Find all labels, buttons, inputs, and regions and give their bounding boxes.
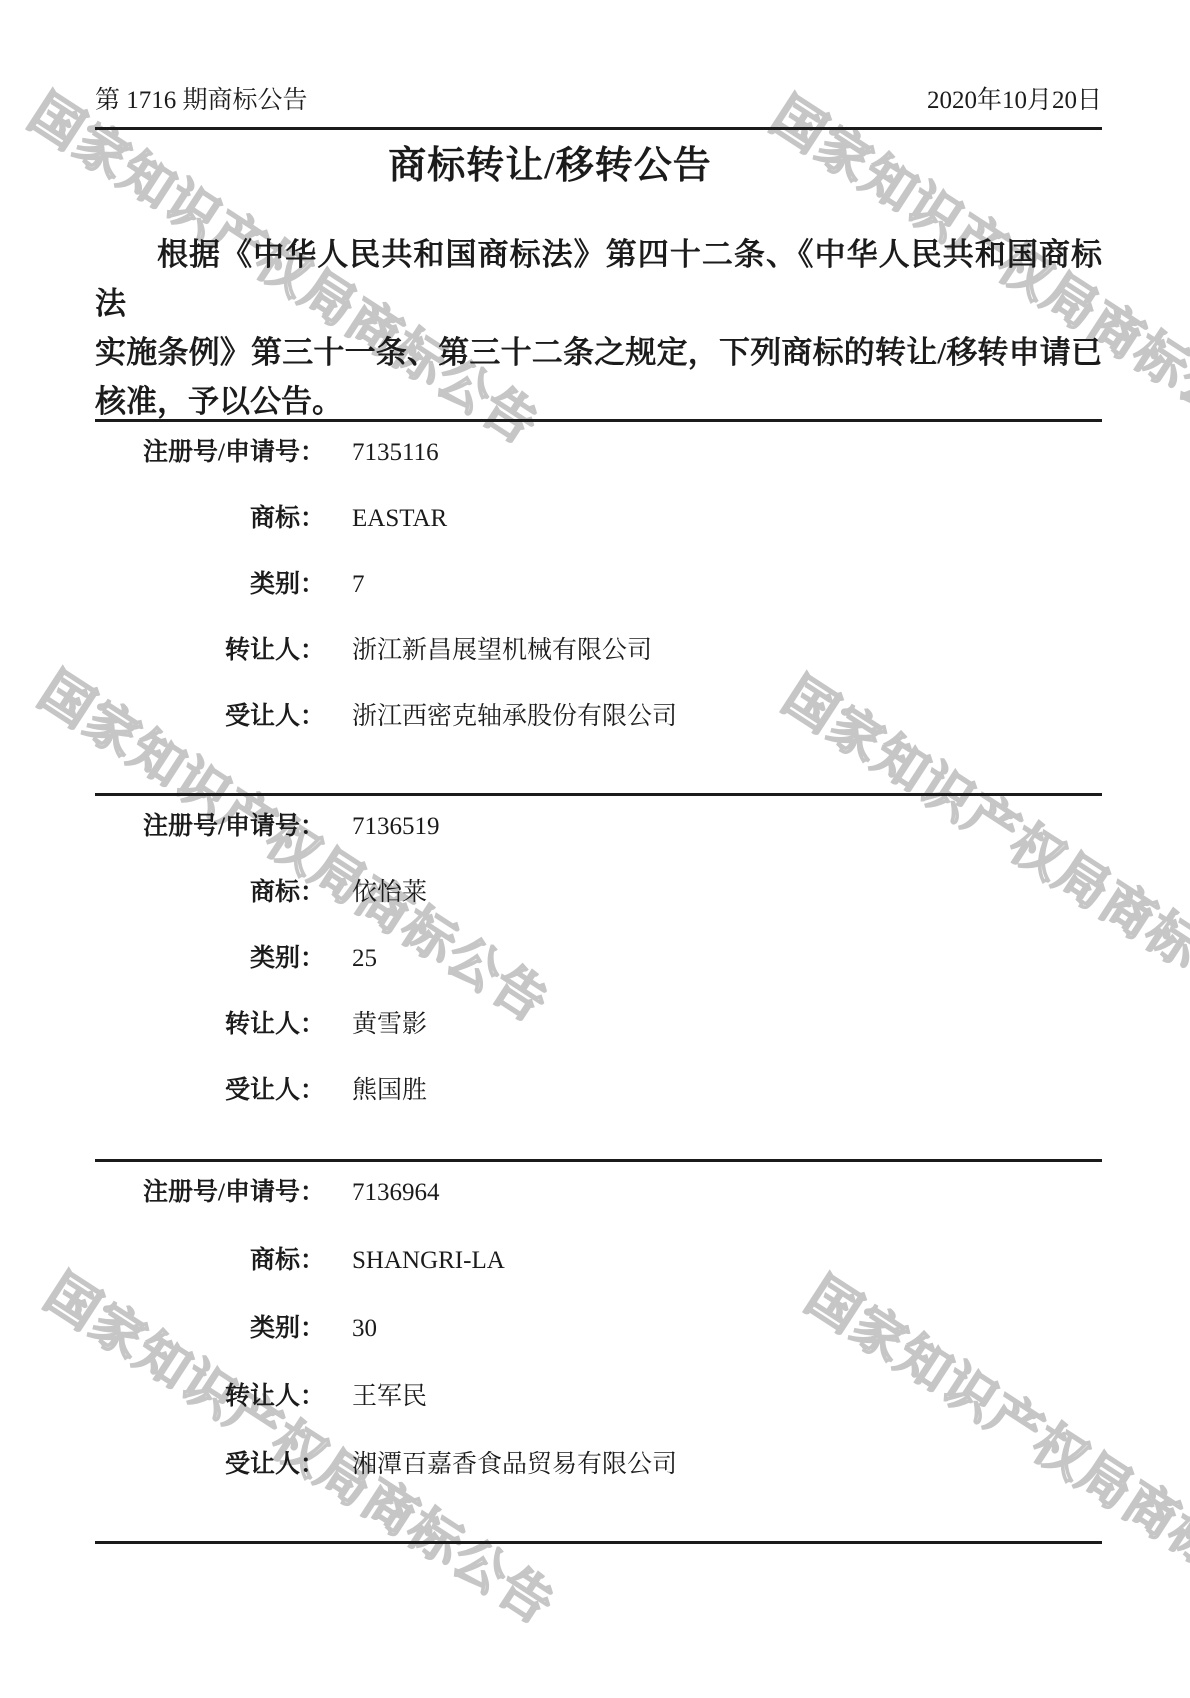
field-row-assignee: 受让人： 浙江西密克轴承股份有限公司 <box>95 700 1102 766</box>
field-label-assignor: 转让人： <box>95 1008 325 1041</box>
field-row-reg-no: 注册号/申请号： 7136964 <box>95 1176 1102 1244</box>
field-row-assignor: 转让人： 浙江新昌展望机械有限公司 <box>95 634 1102 700</box>
field-value-assignor: 王军民 <box>352 1380 427 1413</box>
field-value-reg-no: 7136519 <box>352 810 440 843</box>
field-label-category: 类别： <box>95 568 325 601</box>
page-header: 第 1716 期商标公告 2020年10月20日 <box>95 84 1102 118</box>
field-label-assignor: 转让人： <box>95 1380 325 1413</box>
field-row-assignor: 转让人： 王军民 <box>95 1380 1102 1448</box>
field-row-trademark: 商标： SHANGRI-LA <box>95 1244 1102 1312</box>
field-row-reg-no: 注册号/申请号： 7136519 <box>95 810 1102 876</box>
field-label-trademark: 商标： <box>95 502 325 535</box>
field-value-reg-no: 7136964 <box>352 1176 440 1209</box>
issue-number: 第 1716 期商标公告 <box>95 84 308 118</box>
field-value-assignee: 熊国胜 <box>352 1074 427 1107</box>
field-label-assignee: 受让人： <box>95 700 325 733</box>
field-value-category: 25 <box>352 942 377 975</box>
trademark-record-3: 注册号/申请号： 7136964 商标： SHANGRI-LA 类别： 30 转… <box>95 1159 1102 1544</box>
field-label-category: 类别： <box>95 1312 325 1345</box>
field-row-reg-no: 注册号/申请号： 7135116 <box>95 436 1102 502</box>
page-title: 商标转让/移转公告 <box>95 134 1005 189</box>
trademark-record-1: 注册号/申请号： 7135116 商标： EASTAR 类别： 7 转让人： 浙… <box>95 419 1102 766</box>
field-row-category: 类别： 7 <box>95 568 1102 634</box>
field-row-category: 类别： 25 <box>95 942 1102 1008</box>
field-value-category: 30 <box>352 1312 377 1345</box>
intro-line: 根据《中华人民共和国商标法》第四十二条、《中华人民共和国商标法 <box>95 230 1102 328</box>
field-value-trademark: SHANGRI-LA <box>352 1244 505 1277</box>
field-label-reg-no: 注册号/申请号： <box>95 436 325 469</box>
field-row-trademark: 商标： EASTAR <box>95 502 1102 568</box>
field-label-trademark: 商标： <box>95 1244 325 1277</box>
field-value-assignee: 湘潭百嘉香食品贸易有限公司 <box>352 1448 677 1481</box>
field-row-assignor: 转让人： 黄雪影 <box>95 1008 1102 1074</box>
field-row-category: 类别： 30 <box>95 1312 1102 1380</box>
field-row-trademark: 商标： 依怡莱 <box>95 876 1102 942</box>
field-row-assignee: 受让人： 熊国胜 <box>95 1074 1102 1140</box>
field-label-reg-no: 注册号/申请号： <box>95 1176 325 1209</box>
field-value-assignee: 浙江西密克轴承股份有限公司 <box>352 700 677 733</box>
field-label-assignee: 受让人： <box>95 1448 325 1481</box>
field-value-trademark: 依怡莱 <box>352 876 427 909</box>
field-label-assignee: 受让人： <box>95 1074 325 1107</box>
intro-paragraph: 根据《中华人民共和国商标法》第四十二条、《中华人民共和国商标法 实施条例》第三十… <box>95 230 1102 426</box>
trademark-record-2: 注册号/申请号： 7136519 商标： 依怡莱 类别： 25 转让人： 黄雪影… <box>95 793 1102 1140</box>
field-label-reg-no: 注册号/申请号： <box>95 810 325 843</box>
field-label-trademark: 商标： <box>95 876 325 909</box>
field-value-reg-no: 7135116 <box>352 436 439 469</box>
field-value-assignor: 浙江新昌展望机械有限公司 <box>352 634 652 667</box>
field-row-assignee: 受让人： 湘潭百嘉香食品贸易有限公司 <box>95 1448 1102 1516</box>
intro-line: 实施条例》第三十一条、第三十二条之规定，下列商标的转让/移转申请已 <box>95 328 1102 377</box>
field-label-category: 类别： <box>95 942 325 975</box>
field-value-trademark: EASTAR <box>352 502 447 535</box>
field-value-category: 7 <box>352 568 365 601</box>
field-label-assignor: 转让人： <box>95 634 325 667</box>
header-divider <box>95 127 1102 130</box>
gazette-page: 国家知识产权局商标公告 国家知识产权局商标公告 国家知识产权局商标公告 国家知识… <box>0 0 1190 1698</box>
field-value-assignor: 黄雪影 <box>352 1008 427 1041</box>
issue-date: 2020年10月20日 <box>927 84 1102 118</box>
